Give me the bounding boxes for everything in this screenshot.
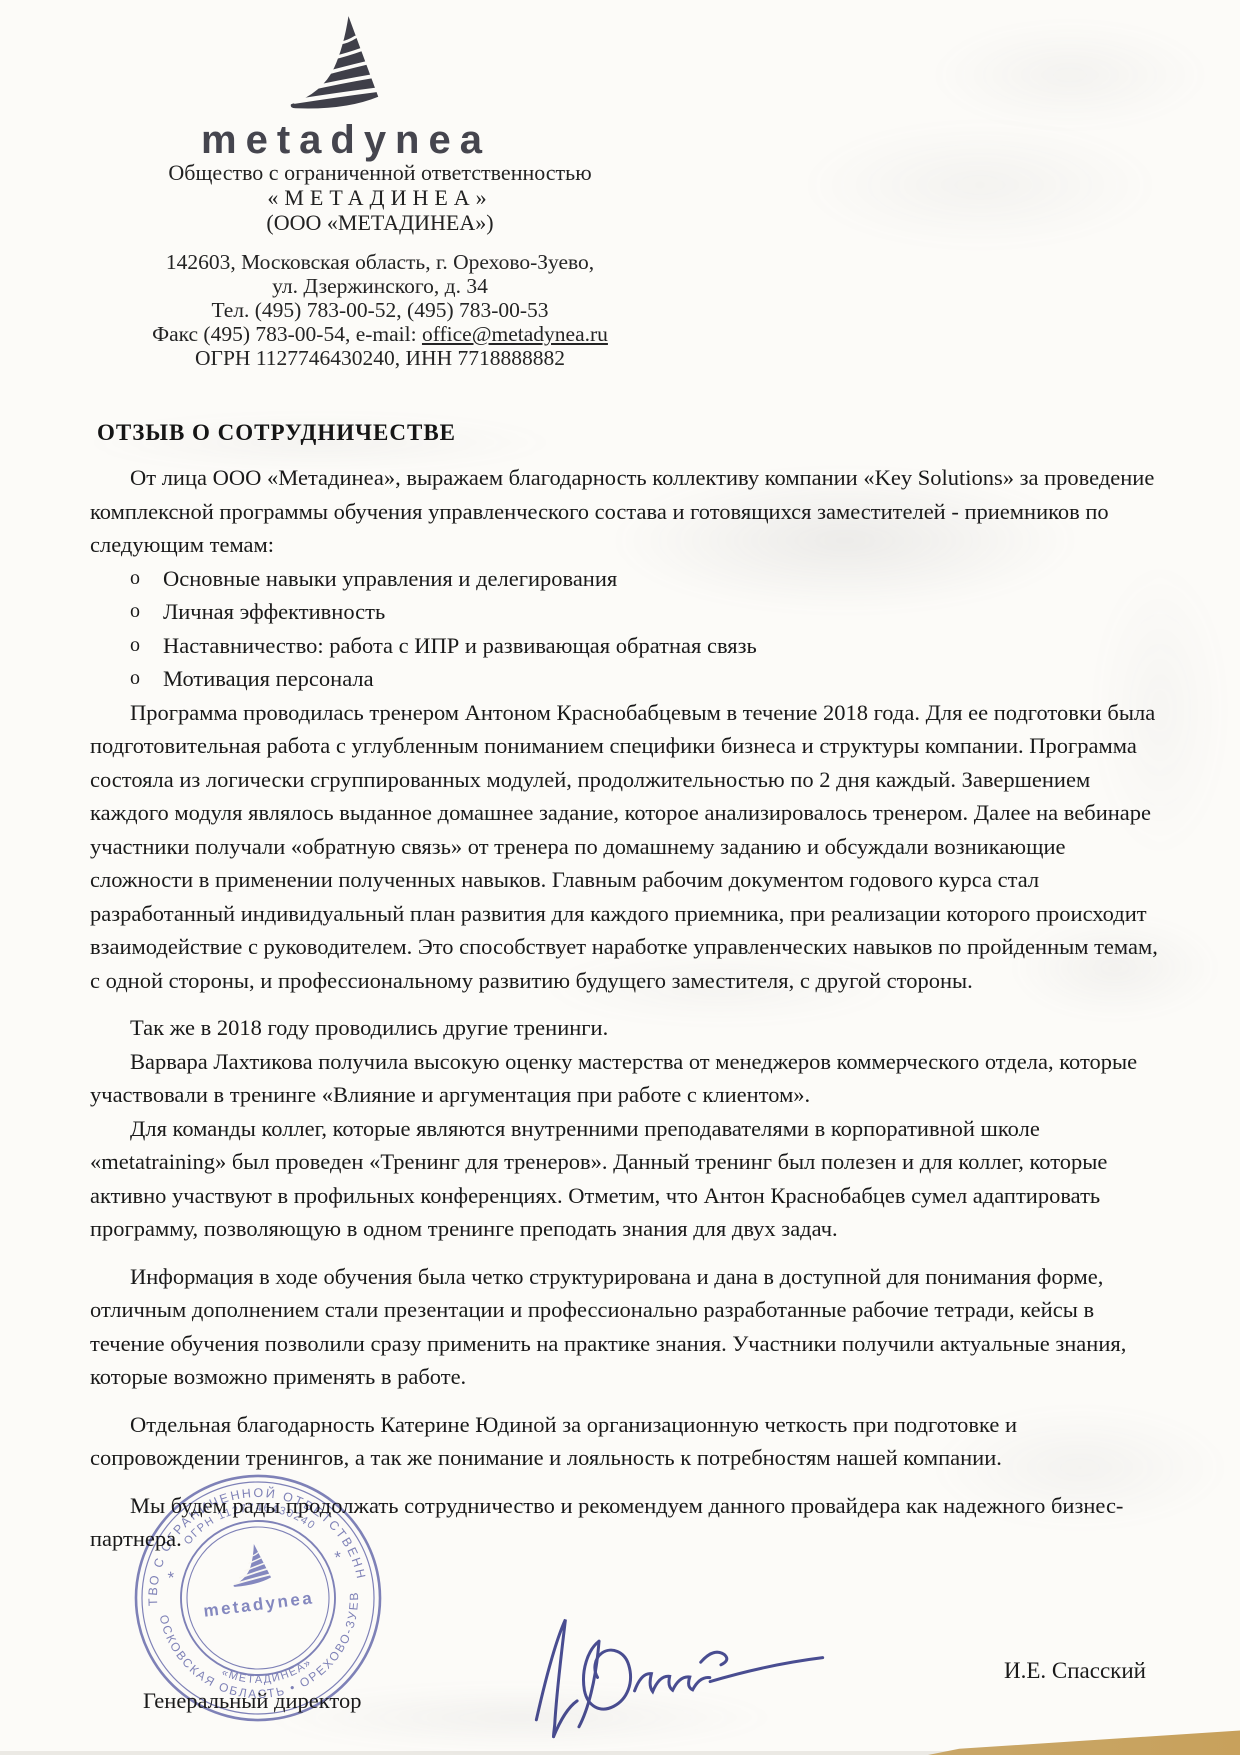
company-full-name: Общество с ограниченной ответственностью xyxy=(150,160,610,185)
signer-name: И.Е. Спасский xyxy=(1004,1658,1146,1684)
stamp-star-left: * xyxy=(167,1568,176,1588)
email-address: office@metadynea.ru xyxy=(422,322,608,346)
company-short-name: (ООО «МЕТАДИНЕА») xyxy=(150,210,610,235)
paragraph-other-trainings: Так же в 2018 году проводились другие тр… xyxy=(90,1011,1162,1045)
address-line-1: 142603, Московская область, г. Орехово-З… xyxy=(150,250,610,274)
topics-list: oОсновные навыки управления и делегирова… xyxy=(90,562,1162,696)
letterhead: metadynea Общество с ограниченной ответс… xyxy=(150,14,610,370)
stamp-star-right: * xyxy=(334,1548,343,1568)
topic-text: Личная эффективность xyxy=(163,599,385,624)
registration-line: ОГРН 1127746430240, ИНН 7718888882 xyxy=(150,346,610,370)
scan-noise xyxy=(930,20,1210,130)
scan-noise xyxy=(800,120,1160,250)
stamp-ring-top-text: ОБЩЕСТВО С ОГРАНИЧЕННОЙ ОТВЕТСТВЕННОСТЬЮ xyxy=(127,1467,369,1611)
company-quoted-name: «МЕТАДИНЕА» xyxy=(150,185,610,210)
signer-position: Генеральный директор xyxy=(143,1688,361,1714)
paragraph-intro: От лица ООО «Метадинеа», выражаем благод… xyxy=(90,461,1162,562)
paragraph-metatraining: Для команды коллег, которые являются вну… xyxy=(90,1112,1162,1246)
bullet-marker: o xyxy=(130,629,140,663)
paper-edge xyxy=(928,1729,1240,1755)
metadynea-logo-icon xyxy=(106,14,566,118)
letter-body: От лица ООО «Метадинеа», выражаем благод… xyxy=(90,461,1162,1556)
paragraph-varvara: Варвара Лахтикова получила высокую оценк… xyxy=(90,1045,1162,1112)
signature-autograph xyxy=(500,1580,850,1753)
company-wordmark: metadynea xyxy=(116,120,576,160)
list-item: oМотивация персонала xyxy=(90,662,1162,696)
bullet-marker: o xyxy=(130,562,140,596)
list-item: oНаставничество: работа с ИПР и развиваю… xyxy=(90,629,1162,663)
stamp-wordmark: metadynea xyxy=(202,1588,315,1620)
topic-text: Мотивация персонала xyxy=(163,666,374,691)
paragraph-info: Информация в ходе обучения была четко ст… xyxy=(90,1260,1162,1394)
topic-text: Наставничество: работа с ИПР и развивающ… xyxy=(163,633,757,658)
topic-text: Основные навыки управления и делегирован… xyxy=(163,566,617,591)
scanned-letter-page: metadynea Общество с ограниченной ответс… xyxy=(0,0,1240,1755)
svg-text:ОБЩЕСТВО С ОГРАНИЧЕННОЙ ОТВЕТС: ОБЩЕСТВО С ОГРАНИЧЕННОЙ ОТВЕТСТВЕННОСТЬЮ xyxy=(127,1467,369,1611)
phone-line: Тел. (495) 783-00-52, (495) 783-00-53 xyxy=(150,298,610,322)
address-line-2: ул. Дзержинского, д. 34 xyxy=(150,274,610,298)
document-title: ОТЗЫВ О СОТРУДНИЧЕСТВЕ xyxy=(97,420,456,446)
paragraph-program: Программа проводилась тренером Антоном К… xyxy=(90,696,1162,998)
fax-email-line: Факс (495) 783-00-54, e-mail: office@met… xyxy=(150,322,610,346)
stamp-logo-icon xyxy=(229,1542,272,1587)
bullet-marker: o xyxy=(130,662,140,696)
paragraph-thanks: Отдельная благодарность Катерине Юдиной … xyxy=(90,1408,1162,1475)
bullet-marker: o xyxy=(130,595,140,629)
list-item: oОсновные навыки управления и делегирова… xyxy=(90,562,1162,596)
fax-label: Факс (495) 783-00-54, e-mail: xyxy=(152,322,422,346)
list-item: oЛичная эффективность xyxy=(90,595,1162,629)
